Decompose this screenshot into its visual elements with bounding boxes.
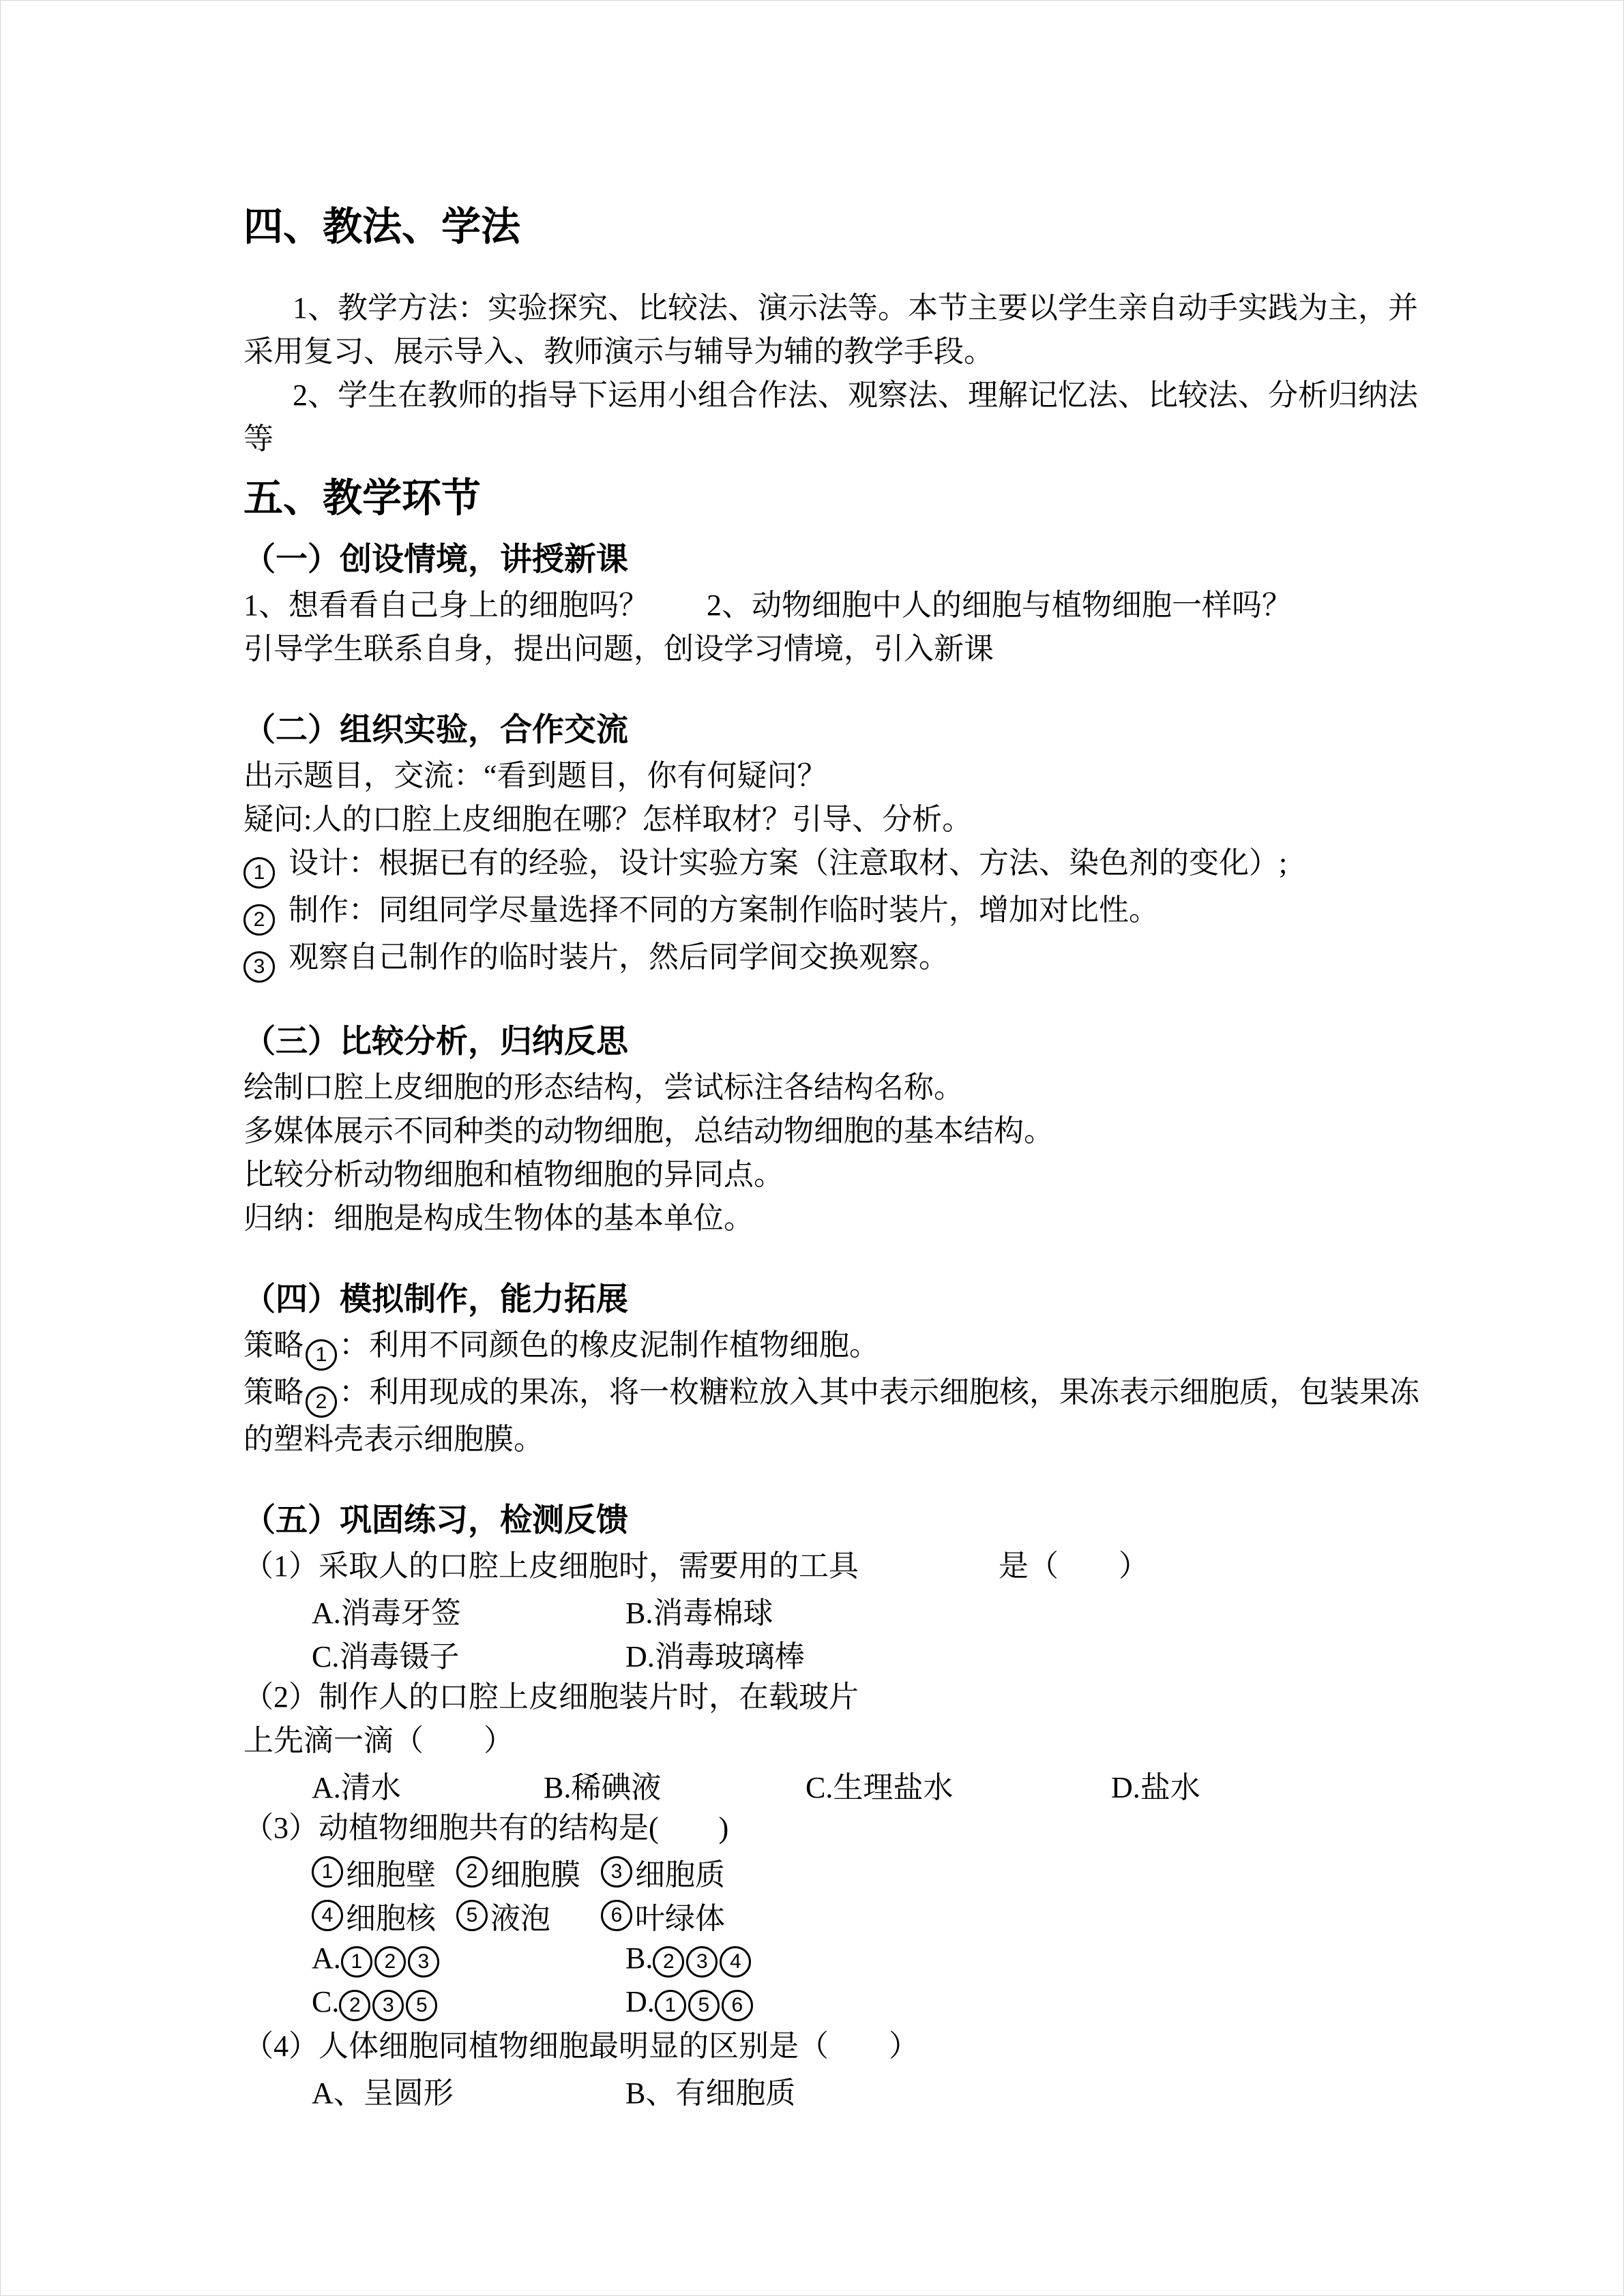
q3-item-2: 2细胞膜 — [456, 1850, 601, 1894]
q4-option-b: B、有细胞质 — [625, 2068, 795, 2112]
para-compare: 比较分析动物细胞和植物细胞的异同点。 — [243, 1153, 1433, 1197]
document-page: 四、教法、学法 1、教学方法：实验探究、比较法、演示法等。本节主要以学生亲自动手… — [0, 0, 1624, 2296]
list-item-text: 设计：根据已有的经验，设计实验方案（注意取材、方法、染色剂的变化）; — [289, 846, 1287, 880]
circled-number: 1 — [306, 1339, 337, 1371]
option-letter: D. — [625, 1985, 655, 2018]
para-summarize: 归纳：细胞是构成生物体的基本单位。 — [243, 1197, 1433, 1240]
list-item-observe: 3观察自己制作的临时装片，然后同学间交换观察。 — [243, 936, 1433, 983]
para-teaching-methods-cont: 采用复习、展示导入、教师演示与辅导为辅的教学手段。 — [243, 330, 1433, 374]
q3-item-1: 1细胞壁 — [312, 1850, 456, 1894]
circled-number: 6 — [601, 1900, 632, 1931]
circled-number: 3 — [243, 951, 275, 983]
circled-number: 3 — [601, 1856, 632, 1888]
heading-part-5: （五）巩固练习，检测反馈 — [243, 1500, 1433, 1540]
para-strategy-2: 策略2：利用现成的果冻，将一枚糖粒放入其中表示细胞核，果冻表示细胞质，包装果冻 — [243, 1371, 1433, 1418]
circled-number: 4 — [312, 1900, 343, 1931]
q3-options-row-2: C.235 D.156 — [312, 1981, 1433, 2025]
para-teaching-methods: 1、教学方法：实验探究、比较法、演示法等。本节主要以学生亲自动手实践为主，并 — [243, 286, 1433, 330]
q2-option-b: B.稀碘液 — [544, 1763, 806, 1806]
list-item-make: 2制作：同组同学尽量选择不同的方案制作临时装片，增加对比性。 — [243, 889, 1433, 936]
q3-option-b: B.234 — [625, 1941, 753, 1978]
circled-number: 2 — [456, 1856, 488, 1888]
q3-structures-row-2: 4细胞核 5液泡 6叶绿体 — [312, 1894, 1433, 1937]
question-1-blank: 是（ ） — [999, 1549, 1149, 1583]
heading-section-4: 四、教法、学法 — [243, 203, 1433, 251]
para-student-methods: 2、学生在教师的指导下运用小组合作法、观察法、理解记忆法、比较法、分析归纳法 — [243, 374, 1433, 417]
circled-number: 1 — [312, 1856, 343, 1888]
circled-number: 3 — [372, 1990, 404, 2021]
option-letter: B. — [625, 1941, 653, 1975]
question-1-text: （1）采取人的口腔上皮细胞时，需要用的工具 — [243, 1549, 859, 1583]
circled-number: 3 — [686, 1946, 718, 1978]
q1-options-row-2: C.消毒镊子 D.消毒玻璃棒 — [312, 1632, 1433, 1675]
option-letter: A. — [312, 1941, 341, 1975]
para-show-topic: 出示题目，交流：“看到题目，你有何疑问？ — [243, 754, 1433, 798]
q3-item-6: 6叶绿体 — [601, 1894, 725, 1937]
circled-number: 5 — [688, 1990, 720, 2021]
q1-option-d: D.消毒玻璃棒 — [625, 1632, 805, 1675]
q3-item-3: 3细胞质 — [601, 1850, 725, 1894]
heading-section-5: 五、教学环节 — [243, 475, 1433, 522]
para-guide-students: 引导学生联系自身，提出问题，创设学习情境，引入新课 — [243, 627, 1433, 671]
q4-options-row: A、呈圆形 B、有细胞质 — [312, 2068, 1433, 2112]
question-3: （3）动植物细胞共有的结构是( ) — [243, 1806, 1433, 1850]
option-letter: C. — [312, 1985, 339, 2018]
q3-item-5: 5液泡 — [456, 1894, 601, 1937]
structure-label: 液泡 — [490, 1894, 550, 1937]
q1-option-c: C.消毒镊子 — [312, 1632, 625, 1675]
circled-number: 2 — [653, 1946, 684, 1978]
structure-label: 细胞质 — [635, 1850, 725, 1894]
question-2-line-2: 上先滴一滴（ ） — [243, 1719, 1433, 1763]
heading-part-2: （二）组织实验，合作交流 — [243, 709, 1433, 750]
strategy-text: ：利用现成的果冻，将一枚糖粒放入其中表示细胞核，果冻表示细胞质，包装果冻 — [339, 1375, 1419, 1409]
circled-number: 2 — [374, 1946, 406, 1978]
para-strategy-1: 策略1：利用不同颜色的橡皮泥制作植物细胞。 — [243, 1324, 1433, 1371]
circled-number: 6 — [722, 1990, 753, 2021]
circled-number: 2 — [306, 1386, 337, 1418]
q3-option-c: C.235 — [312, 1984, 625, 2021]
circled-number: 1 — [341, 1946, 372, 1978]
question-self-cells: 1、想看看自己身上的细胞吗？ — [243, 588, 649, 622]
question-4: （4）人体细胞同植物细胞最明显的区别是（ ） — [243, 2025, 1433, 2068]
q3-options-row-1: A.123 B.234 — [312, 1937, 1433, 1981]
question-1: （1）采取人的口腔上皮细胞时，需要用的工具是（ ） — [243, 1545, 1433, 1588]
circled-number: 1 — [243, 857, 275, 889]
circled-number: 2 — [243, 904, 275, 936]
circled-number: 2 — [339, 1990, 370, 2021]
circled-number: 5 — [456, 1900, 488, 1931]
q1-option-a: A.消毒牙签 — [312, 1588, 625, 1632]
structure-label: 细胞核 — [346, 1894, 436, 1937]
para-multimedia: 多媒体展示不同种类的动物细胞，总结动物细胞的基本结构。 — [243, 1109, 1433, 1153]
list-item-text: 观察自己制作的临时装片，然后同学间交换观察。 — [289, 940, 949, 974]
q2-option-a: A.清水 — [312, 1763, 544, 1806]
circled-number: 1 — [655, 1990, 686, 2021]
q2-options-row: A.清水 B.稀碘液 C.生理盐水 D.盐水 — [312, 1763, 1433, 1806]
para-student-methods-cont: 等 — [243, 417, 1433, 461]
list-item-text: 制作：同组同学尽量选择不同的方案制作临时装片，增加对比性。 — [289, 893, 1159, 927]
q3-item-4: 4细胞核 — [312, 1894, 456, 1937]
heading-part-3: （三）比较分析，归纳反思 — [243, 1021, 1433, 1062]
structure-label: 细胞膜 — [490, 1850, 580, 1894]
heading-part-1: （一）创设情境，讲授新课 — [243, 539, 1433, 580]
strategy-prefix: 策略 — [243, 1375, 304, 1409]
list-item-design: 1设计：根据已有的经验，设计实验方案（注意取材、方法、染色剂的变化）; — [243, 841, 1433, 889]
strategy-text: ：利用不同颜色的橡皮泥制作植物细胞。 — [339, 1328, 879, 1362]
para-draw-cell: 绘制口腔上皮细胞的形态结构，尝试标注各结构名称。 — [243, 1066, 1433, 1109]
q1-option-b: B.消毒棉球 — [625, 1588, 773, 1632]
circled-number: 3 — [408, 1946, 439, 1978]
heading-part-4: （四）模拟制作，能力拓展 — [243, 1279, 1433, 1320]
q3-structures-row-1: 1细胞壁 2细胞膜 3细胞质 — [312, 1850, 1433, 1894]
para-doubt: 疑问:人的口腔上皮细胞在哪？怎样取材？引导、分析。 — [243, 798, 1433, 841]
q2-option-c: C.生理盐水 — [806, 1763, 1111, 1806]
circled-number: 5 — [406, 1990, 437, 2021]
q2-option-d: D.盐水 — [1111, 1763, 1200, 1806]
para-lead-questions: 1、想看看自己身上的细胞吗？2、动物细胞中人的细胞与植物细胞一样吗？ — [243, 584, 1433, 627]
structure-label: 叶绿体 — [635, 1894, 725, 1937]
structure-label: 细胞壁 — [346, 1850, 436, 1894]
q4-option-a: A、呈圆形 — [312, 2068, 625, 2112]
q1-options-row-1: A.消毒牙签 B.消毒棉球 — [312, 1588, 1433, 1632]
strategy-prefix: 策略 — [243, 1328, 304, 1362]
question-2-line-1: （2）制作人的口腔上皮细胞装片时，在载玻片 — [243, 1675, 1433, 1719]
q3-option-a: A.123 — [312, 1941, 625, 1978]
circled-number: 4 — [720, 1946, 751, 1978]
q3-option-d: D.156 — [625, 1984, 755, 2021]
question-animal-vs-plant: 2、动物细胞中人的细胞与植物细胞一样吗？ — [707, 588, 1292, 622]
para-strategy-2-cont: 的塑料壳表示细胞膜。 — [243, 1418, 1433, 1461]
